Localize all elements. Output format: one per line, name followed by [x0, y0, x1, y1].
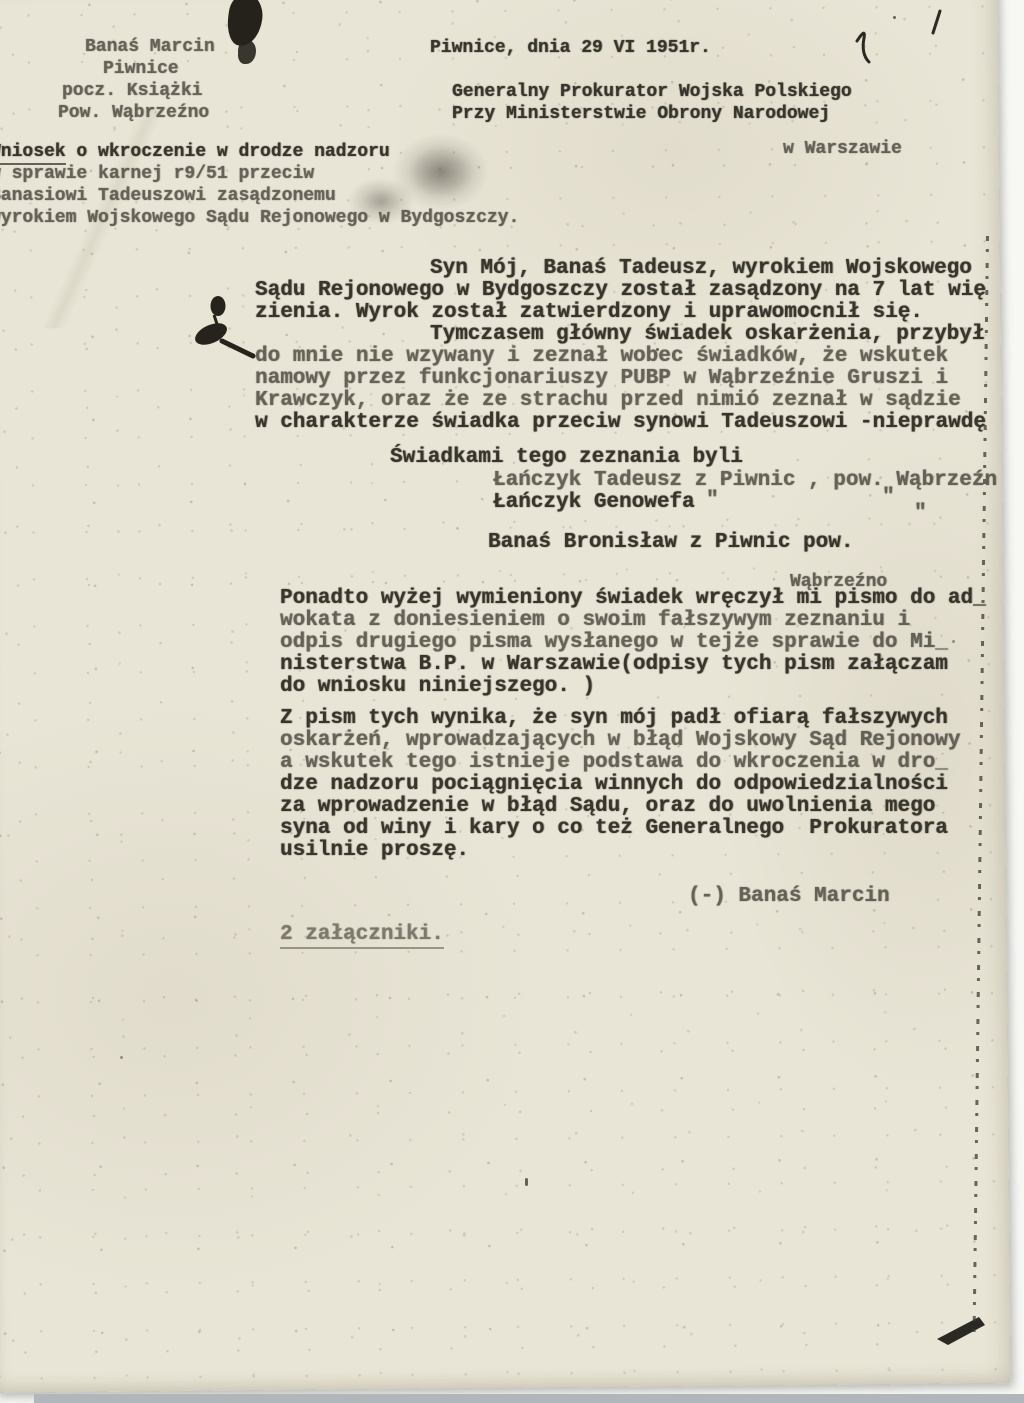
paragraph3-line: Z pism tych wynika, że syn mój padł ofia…	[280, 708, 948, 730]
scanner-background-strip	[34, 1394, 1024, 1403]
ink-blot-top-left-drip	[238, 40, 256, 64]
paragraph2-line: nisterstwa B.P. w Warszawie(odpisy tych …	[280, 654, 948, 676]
witness-row: Łańczyk Tadeusz z Piwnic , pow. Wąbrzeźn	[493, 470, 997, 492]
subject-line-3: Banasiowi Tadeuszowi zasądzonemu	[0, 185, 336, 207]
sender-post: pocz. Książki	[62, 80, 202, 102]
ditto-mark: "	[706, 490, 719, 512]
paragraph2-line: wokata z doniesieniem o swoim fałszywym …	[280, 610, 910, 632]
attachments-note: 2 załączniki.	[280, 924, 444, 949]
paragraph3-line: a wskutek tego istnieje podstawa do wkro…	[280, 752, 948, 774]
ink-speck	[120, 1056, 123, 1059]
paragraph2-line: Ponadto wyżej wymieniony świadek wręczył…	[280, 588, 986, 610]
recipient-city: w Warszawie	[783, 138, 902, 160]
paragraph2-line: odpis drugiego pisma wysłanego w tejże s…	[280, 632, 948, 654]
paragraph1-line: Tymczasem główny świadek oskarżenia, prz…	[430, 324, 985, 346]
paragraph1-line: namowy przez funkcjonariuszy PUBP w Wąbr…	[255, 368, 948, 390]
ink-speck	[656, 348, 659, 351]
subject-line-1-rest: o wkroczenie w drodze nadzoru	[66, 142, 390, 162]
paragraph1-line: zienia. Wyrok został zatwierdzony i upra…	[255, 302, 923, 324]
paragraph1-line: Sądu Rejonowego w Bydgoszczy został zasą…	[255, 280, 986, 302]
subject-line-2: w sprawie karnej r9/51 przeciw	[0, 163, 314, 185]
ink-speck	[525, 1178, 528, 1186]
paragraph1-line: Syn Mój, Banaś Tadeusz, wyrokiem Wojskow…	[430, 258, 972, 280]
paragraph3-line: oskarżeń, wprowadzających w błąd Wojskow…	[280, 730, 961, 752]
witness-intro: Świadkami tego zeznania byli	[390, 447, 743, 469]
page-edge-dashed-line	[972, 236, 989, 1342]
recipient-line-2: Przy Ministerstwie Obrony Narodowej	[452, 103, 830, 125]
paragraph1-line: Krawczyk, oraz że ze strachu przed nimió…	[255, 390, 961, 412]
scanned-letter-page: Banaś Marcin Piwnice pocz. Książki Pow. …	[0, 0, 1024, 1403]
paragraph2-line: do wniosku niniejszego. )	[280, 676, 595, 698]
sender-town: Piwnice	[103, 58, 179, 80]
pen-marks-top-right	[845, 5, 955, 75]
sender-name: Banaś Marcin	[85, 36, 215, 58]
sender-county: Pow. Wąbrzeźno	[58, 102, 209, 124]
subject-line-4: wyrokiem Wojskowego Sądu Rejonowego w By…	[0, 207, 519, 229]
letter-content: Banaś Marcin Piwnice pocz. Książki Pow. …	[0, 0, 1024, 1403]
witness-row: Łańczyk Genowefa	[493, 492, 695, 514]
paragraph3-line: usilnie proszę.	[280, 840, 469, 862]
paragraph3-line: dze nadzoru pociągnięcia winnych do odpo…	[280, 774, 948, 796]
subject-underlined-word: Wniosek	[0, 142, 66, 165]
paragraph1-line: w charakterze świadka przeciw synowi Tad…	[255, 412, 986, 434]
paragraph3-line: syna od winy i kary o co też Generalnego…	[280, 818, 948, 840]
ink-smudge-small	[348, 178, 414, 224]
ink-speck	[893, 16, 896, 19]
signature-line: (-) Banaś Marcin	[688, 886, 890, 908]
witness-row: Banaś Bronisław z Piwnic pow.	[488, 532, 853, 554]
paragraph1-line: do mnie nie wzywany i zeznał wobec świad…	[255, 346, 948, 368]
subject-line-1: Wniosek o wkroczenie w drodze nadzoru	[0, 141, 390, 163]
paragraph3-line: za wprowadzenie w błąd Sądu, oraz do uwo…	[280, 796, 935, 818]
ink-speck	[952, 640, 955, 643]
pen-mark-bottom-right	[933, 1312, 993, 1348]
ditto-mark: "	[914, 503, 927, 525]
ditto-mark: "	[882, 487, 895, 509]
date-line: Piwnice, dnia 29 VI 1951r.	[430, 37, 711, 59]
recipient-line-1: Generalny Prokurator Wojska Polskiego	[452, 81, 852, 103]
ink-blot-figure	[190, 295, 270, 375]
